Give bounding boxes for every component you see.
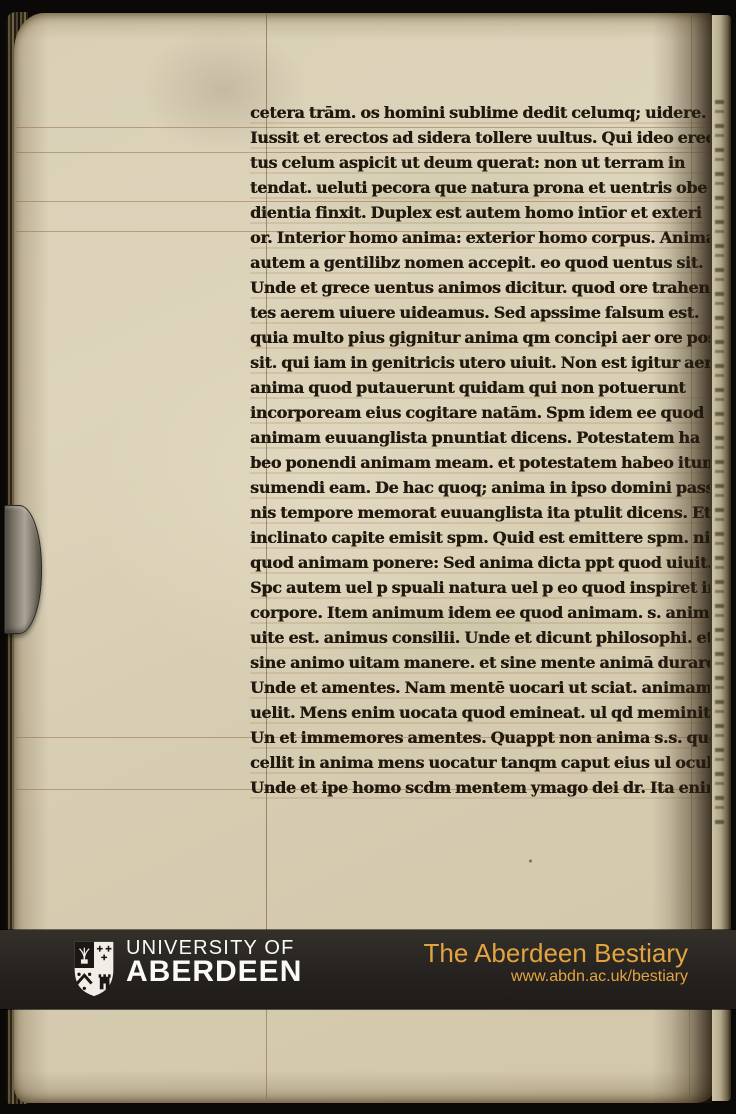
manuscript-text-block: cetera trām. os homini sublime dedit cel…	[250, 101, 710, 801]
university-crest-icon	[72, 940, 116, 998]
manuscript-line: sit. qui iam in genitricis utero uiuit. …	[250, 351, 710, 376]
manuscript-photo: cetera trām. os homini sublime dedit cel…	[0, 0, 736, 1114]
manuscript-line: Spc autem uel p spuali natura uel p eo q…	[250, 576, 710, 601]
manuscript-line: Unde et amentes. Nam mentē uocari ut sci…	[250, 676, 710, 701]
facing-page-text-fragments	[715, 100, 724, 830]
manuscript-line: Iussit et erectos ad sidera tollere uult…	[250, 126, 710, 151]
manuscript-line: tendat. ueluti pecora que natura prona e…	[250, 176, 710, 201]
manuscript-line: autem a gentilibz nomen accepit. eo quod…	[250, 251, 710, 276]
manuscript-line: tes aerem uiuere uideamus. Sed apssime f…	[250, 301, 710, 326]
manuscript-line: corpore. Item animum idem ee quod animam…	[250, 601, 710, 626]
manuscript-line: cetera trām. os homini sublime dedit cel…	[250, 101, 710, 126]
manuscript-line: Unde et ipe homo scdm mentem ymago dei d…	[250, 776, 710, 801]
manuscript-line: anima quod putauerunt quidam qui non pot…	[250, 376, 710, 401]
manuscript-line: uite est. animus consilii. Unde et dicun…	[250, 626, 710, 651]
manuscript-line: inclinato capite emisit spm. Quid est em…	[250, 526, 710, 551]
manuscript-line: sumendi eam. De hac quoq; anima in ipso …	[250, 476, 710, 501]
bestiary-title: The Aberdeen Bestiary	[424, 939, 689, 967]
footer-banner: UNIVERSITY OF ABERDEEN The Aberdeen Best…	[0, 930, 736, 1009]
manuscript-line: quia multo pius gignitur anima qm concip…	[250, 326, 710, 351]
manuscript-line: or. Interior homo anima: exterior homo c…	[250, 226, 710, 251]
university-logotype: UNIVERSITY OF ABERDEEN	[126, 938, 302, 986]
manuscript-line: uelit. Mens enim uocata quod emineat. ul…	[250, 701, 710, 726]
manuscript-line: cellit in anima mens uocatur tanqm caput…	[250, 751, 710, 776]
ruling-line-vertical	[266, 1009, 267, 1099]
manuscript-line: Un et immemores amentes. Quappt non anim…	[250, 726, 710, 751]
bestiary-url: www.abdn.ac.uk/bestiary	[424, 967, 689, 986]
manuscript-line: beo ponendi animam meam. et potestatem h…	[250, 451, 710, 476]
university-logotype-line2: ABERDEEN	[126, 958, 302, 986]
manuscript-line: Unde et grece uentus animos dicitur. quo…	[250, 276, 710, 301]
bestiary-branding: The Aberdeen Bestiary www.abdn.ac.uk/bes…	[424, 939, 689, 986]
manuscript-line: incorpoream eius cogitare natām. Spm ide…	[250, 401, 710, 426]
manuscript-line: nis tempore memorat euuanglista ita ptul…	[250, 501, 710, 526]
manuscript-line: animam euuanglista pnuntiat dicens. Pote…	[250, 426, 710, 451]
manuscript-line: quod animam ponere: Sed anima dicta ppt …	[250, 551, 710, 576]
manuscript-line: tus celum aspicit ut deum querat: non ut…	[250, 151, 710, 176]
manuscript-line: sine animo uitam manere. et sine mente a…	[250, 651, 710, 676]
manuscript-line: dientia finxit. Duplex est autem homo in…	[250, 201, 710, 226]
